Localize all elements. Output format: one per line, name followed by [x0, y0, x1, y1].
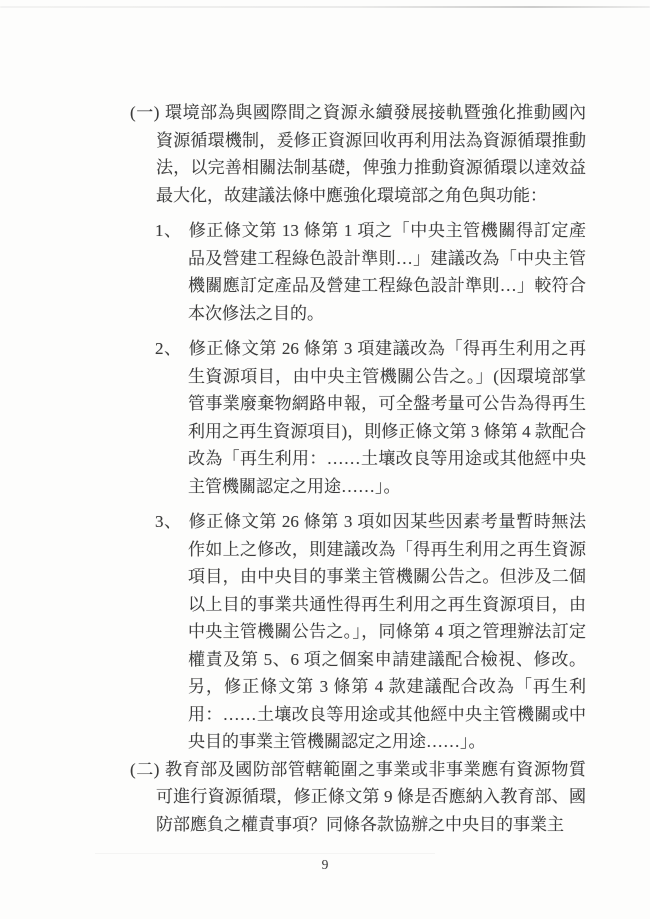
sub-item-1-text: 修正條文第 13 條第 1 項之「中央主管機關得訂定產品及營建工程綠色設計準則…… — [188, 221, 586, 323]
sub-item-2-text: 修正條文第 26 條第 3 項建議改為「得再生利用之再生資源項目，由中央主管機關… — [188, 339, 586, 496]
sub-item-2: 2、修正條文第 26 條第 3 項建議改為「得再生利用之再生資源項目，由中央主管… — [130, 335, 586, 500]
scan-edge-artifact — [0, 6, 650, 8]
list-item-1-label: (一) — [130, 103, 159, 122]
page-content: (一)環境部為與國際間之資源永續發展接軌暨強化推動國內資源循環機制，爰修正資源回… — [130, 99, 586, 838]
sub-item-3-label: 3、 — [155, 512, 182, 531]
list-item-2-text: 教育部及國防部管轄範圍之事業或非事業應有資源物質可進行資源循環，修正條文第 9 … — [156, 760, 586, 834]
list-item-1-text: 環境部為與國際間之資源永續發展接軌暨強化推動國內資源循環機制，爰修正資源回收再利… — [156, 103, 586, 205]
scan-streak-artifact — [95, 853, 435, 854]
page-number: 9 — [0, 857, 650, 873]
sub-item-3-text: 修正條文第 26 條第 3 項如因某些因素考量暫時無法作如上之修改，則建議改為「… — [188, 512, 586, 751]
list-item-2-label: (二) — [130, 760, 159, 779]
sub-item-1: 1、修正條文第 13 條第 1 項之「中央主管機關得訂定產品及營建工程綠色設計準… — [130, 217, 586, 327]
sub-item-3: 3、修正條文第 26 條第 3 項如因某些因素考量暫時無法作如上之修改，則建議改… — [130, 508, 586, 756]
sub-item-1-label: 1、 — [155, 221, 182, 240]
sub-item-2-label: 2、 — [155, 339, 182, 358]
scanned-document-page: (一)環境部為與國際間之資源永續發展接軌暨強化推動國內資源循環機制，爰修正資源回… — [0, 0, 650, 919]
list-item-1: (一)環境部為與國際間之資源永續發展接軌暨強化推動國內資源循環機制，爰修正資源回… — [130, 99, 586, 209]
list-item-2: (二)教育部及國防部管轄範圍之事業或非事業應有資源物質可進行資源循環，修正條文第… — [130, 756, 586, 839]
